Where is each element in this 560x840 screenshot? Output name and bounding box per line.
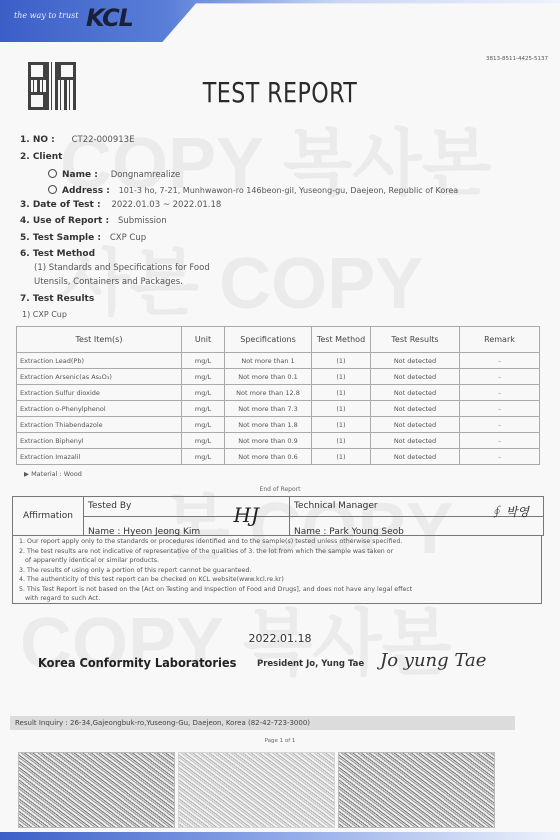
test-sample-value: CXP Cup — [110, 233, 146, 243]
table-row: Extraction o-Phenylphenolmg/LNot more th… — [17, 401, 540, 417]
manager-signature: ∮ 박영 — [490, 503, 529, 520]
client-address-value: 101-3 ho, 7-21, Munhwawon-ro 146beon-gil… — [119, 186, 458, 195]
note-line: 5. This Test Report is not based on the … — [19, 585, 535, 595]
cell-specification: Not more than 1.8 — [225, 417, 312, 433]
organization-name: Korea Conformity Laboratories — [38, 656, 236, 670]
cell-test-item: Extraction Biphenyl — [17, 433, 182, 449]
security-pattern-3 — [338, 752, 495, 828]
results-table: Test Item(s) Unit Specifications Test Me… — [16, 326, 540, 465]
col-header-unit: Unit — [182, 327, 225, 353]
cell-unit: mg/L — [182, 449, 225, 465]
client-name-value: Dongnamrealize — [111, 170, 181, 180]
use-of-report: 4. Use of Report : Submission — [20, 216, 167, 226]
table-header-row: Test Item(s) Unit Specifications Test Me… — [17, 327, 540, 353]
cell-test-result: Not detected — [371, 353, 460, 369]
president-signature: Jo yung Tae — [380, 650, 486, 671]
client-name-label: Name : — [62, 170, 98, 180]
col-header-specifications: Specifications — [225, 327, 312, 353]
cell-test-result: Not detected — [371, 417, 460, 433]
client-address: Address : 101-3 ho, 7-21, Munhwawon-ro 1… — [48, 185, 458, 196]
table-row: Extraction Lead(Pb)mg/LNot more than 1(1… — [17, 353, 540, 369]
table-row: Extraction Sulfur dioxidemg/LNot more th… — [17, 385, 540, 401]
use-of-report-label: 4. Use of Report : — [20, 216, 109, 226]
date-of-test: 3. Date of Test : 2022.01.03 ~ 2022.01.1… — [20, 200, 221, 210]
cell-test-result: Not detected — [371, 401, 460, 417]
cell-specification: Not more than 0.9 — [225, 433, 312, 449]
cell-remark: - — [460, 401, 540, 417]
client-heading: 2. Client — [20, 152, 62, 162]
use-of-report-value: Submission — [118, 216, 167, 226]
cell-unit: mg/L — [182, 353, 225, 369]
note-line: of apparently identical or similar produ… — [19, 556, 535, 566]
cell-specification: Not more than 0.1 — [225, 369, 312, 385]
header-banner: the way to trust KCL — [0, 0, 560, 42]
col-header-test-items: Test Item(s) — [17, 327, 182, 353]
page-number: Page 1 of 1 — [0, 738, 560, 744]
cell-test-method: (1) — [312, 433, 371, 449]
cell-specification: Not more than 7.3 — [225, 401, 312, 417]
test-report-page: the way to trust KCL COPY 복사본 사본 COPY 본 … — [0, 0, 560, 840]
test-results-label: 7. Test Results — [20, 294, 94, 304]
date-of-test-label: 3. Date of Test : — [20, 200, 101, 210]
cell-remark: - — [460, 433, 540, 449]
client-label: 2. Client — [20, 152, 62, 162]
col-header-test-results: Test Results — [371, 327, 460, 353]
results-table-body: Extraction Lead(Pb)mg/LNot more than 1(1… — [17, 353, 540, 465]
issue-date: 2022.01.18 — [0, 632, 560, 645]
cell-remark: - — [460, 417, 540, 433]
note-line: 1. Our report apply only to the standard… — [19, 537, 535, 547]
report-no-value: CT22-000913E — [72, 135, 135, 145]
cell-test-result: Not detected — [371, 385, 460, 401]
note-line: 3. The results of using only a portion o… — [19, 566, 535, 576]
cell-remark: - — [460, 369, 540, 385]
cell-specification: Not more than 12.8 — [225, 385, 312, 401]
cell-test-item: Extraction o-Phenylphenol — [17, 401, 182, 417]
technical-manager-cell: Technical Manager Name : Park Young Seob… — [290, 497, 543, 535]
test-sample: 5. Test Sample : CXP Cup — [20, 233, 146, 243]
test-method: 6. Test Method — [20, 249, 95, 259]
cell-test-method: (1) — [312, 417, 371, 433]
date-of-test-value: 2022.01.03 ~ 2022.01.18 — [111, 200, 221, 210]
table-row: Extraction Biphenylmg/LNot more than 0.9… — [17, 433, 540, 449]
cell-remark: - — [460, 449, 540, 465]
cell-test-item: Extraction Imazalil — [17, 449, 182, 465]
cell-remark: - — [460, 353, 540, 369]
cell-remark: - — [460, 385, 540, 401]
kcl-logo: KCL — [86, 4, 133, 32]
test-sample-label: 5. Test Sample : — [20, 233, 101, 243]
circle-bullet-icon — [48, 169, 57, 178]
circle-bullet-icon — [48, 185, 57, 194]
cell-test-result: Not detected — [371, 369, 460, 385]
test-method-line-2: Utensils, Containers and Packages. — [34, 277, 183, 287]
test-results-sample: 1) CXP Cup — [22, 310, 67, 319]
tester-signature: HJ — [234, 503, 259, 527]
end-of-report: End of Report — [0, 486, 560, 493]
table-row: Extraction Imazalilmg/LNot more than 0.6… — [17, 449, 540, 465]
test-method-label: 6. Test Method — [20, 249, 95, 259]
cell-test-result: Not detected — [371, 449, 460, 465]
cell-unit: mg/L — [182, 385, 225, 401]
affirmation-box: Affirmation Tested By Name : Hyeon Jeong… — [12, 496, 544, 536]
cell-unit: mg/L — [182, 433, 225, 449]
cell-test-method: (1) — [312, 369, 371, 385]
test-method-line-1: (1) Standards and Specifications for Foo… — [34, 263, 210, 273]
brand-tagline: the way to trust — [14, 11, 78, 20]
note-line: with regard to such Act. — [19, 594, 535, 604]
page-title: TEST REPORT — [34, 76, 527, 109]
cell-unit: mg/L — [182, 417, 225, 433]
cell-specification: Not more than 1 — [225, 353, 312, 369]
affirmation-label: Affirmation — [13, 497, 84, 535]
tested-by-cell: Tested By Name : Hyeon Jeong Kim HJ — [84, 497, 290, 535]
security-pattern-1 — [18, 752, 175, 828]
report-no: 1. NO : CT22-000913E — [20, 135, 134, 145]
note-line: 4. The authenticity of this test report … — [19, 575, 535, 585]
col-header-remark: Remark — [460, 327, 540, 353]
cell-test-item: Extraction Sulfur dioxide — [17, 385, 182, 401]
table-row: Extraction Thiabendazolemg/LNot more tha… — [17, 417, 540, 433]
cell-test-method: (1) — [312, 449, 371, 465]
result-inquiry: Result Inquiry : 26-34,Gajeongbuk-ro,Yus… — [10, 716, 515, 730]
material-note: ▶ Material : Wood — [24, 470, 82, 478]
banner-blue-band — [0, 0, 560, 42]
client-name: Name : Dongnamrealize — [48, 169, 180, 180]
cell-test-item: Extraction Thiabendazole — [17, 417, 182, 433]
footer-band — [0, 832, 560, 840]
cell-test-item: Extraction Lead(Pb) — [17, 353, 182, 369]
cell-unit: mg/L — [182, 369, 225, 385]
security-pattern-2 — [178, 752, 335, 828]
cell-test-method: (1) — [312, 401, 371, 417]
disclaimer-notes: 1. Our report apply only to the standard… — [12, 535, 542, 604]
document-serial: 3813-8511-4425-5137 — [486, 56, 548, 62]
table-row: Extraction Arsenic(as As₂O₃)mg/LNot more… — [17, 369, 540, 385]
cell-unit: mg/L — [182, 401, 225, 417]
cell-test-method: (1) — [312, 385, 371, 401]
test-results-heading: 7. Test Results — [20, 294, 94, 304]
president-name: President Jo, Yung Tae — [257, 659, 364, 669]
cell-test-item: Extraction Arsenic(as As₂O₃) — [17, 369, 182, 385]
report-no-label: 1. NO : — [20, 135, 55, 145]
technical-manager-label: Technical Manager — [294, 501, 378, 511]
cell-specification: Not more than 0.6 — [225, 449, 312, 465]
note-line: 2. The test results are not indicative o… — [19, 547, 535, 557]
cell-test-method: (1) — [312, 353, 371, 369]
cell-test-result: Not detected — [371, 433, 460, 449]
client-address-label: Address : — [62, 186, 110, 196]
col-header-test-method: Test Method — [312, 327, 371, 353]
tested-by-label: Tested By — [88, 501, 131, 511]
